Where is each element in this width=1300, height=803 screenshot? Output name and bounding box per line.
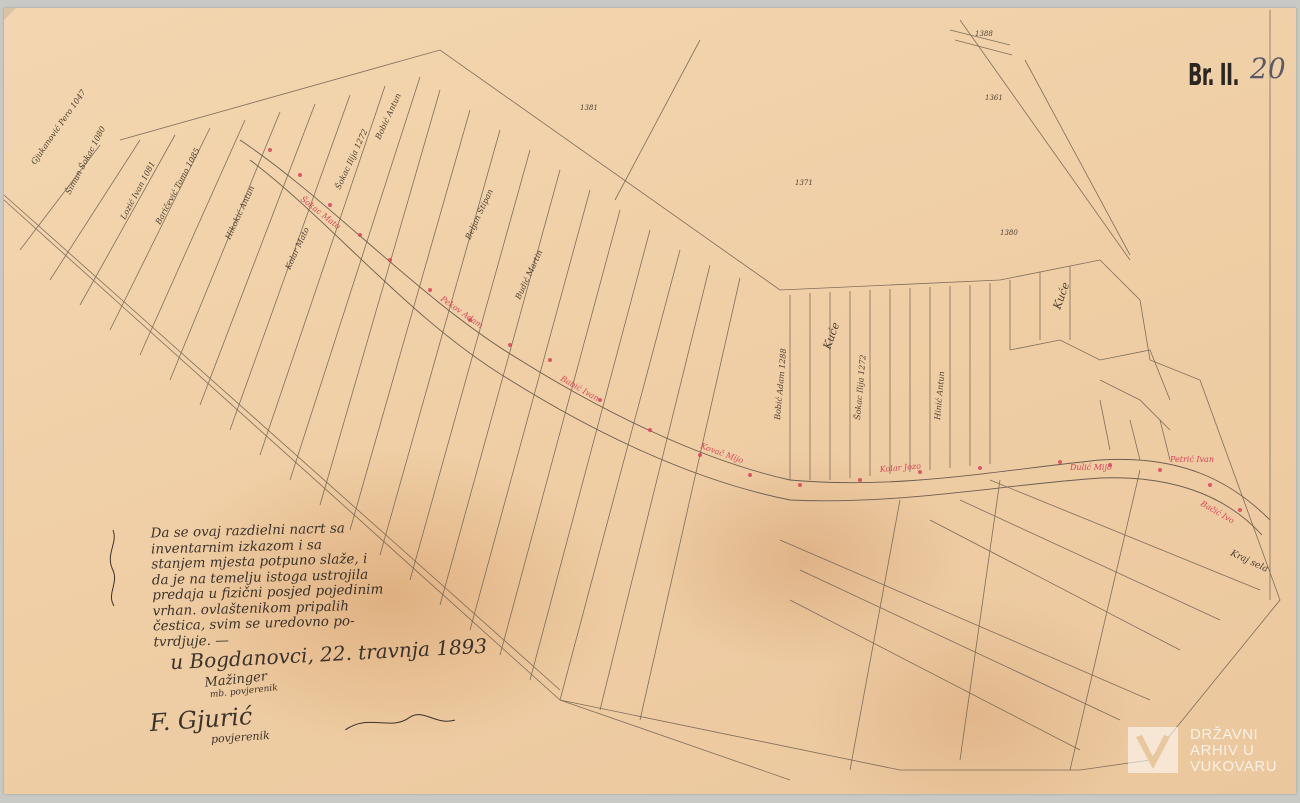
svg-text:Hinić Antun: Hinić Antun — [933, 371, 946, 421]
page-number: 20 — [1250, 52, 1286, 85]
svg-text:Kuće: Kuće — [1050, 280, 1072, 312]
svg-text:Dulić Mijo: Dulić Mijo — [1069, 463, 1112, 472]
svg-text:Kuće: Kuće — [820, 320, 842, 352]
sheet-number: Br. II. — [1188, 58, 1239, 93]
svg-text:Šokac Ilija 1272: Šokac Ilija 1272 — [334, 128, 370, 191]
svg-text:Gjukanović Pero 1047: Gjukanović Pero 1047 — [29, 87, 88, 166]
archive-logo — [1128, 727, 1178, 773]
signature-second: F. Gjurić povjerenik — [149, 701, 270, 750]
map-sheet: Šokac Mato Pekov Adam Babić Ivan Kovač M… — [0, 0, 1300, 803]
margin-scribble-icon — [104, 528, 122, 608]
watermark-line: VUKOVARU — [1190, 759, 1277, 775]
svg-text:Bobić Antun: Bobić Antun — [373, 92, 403, 142]
svg-text:Baričević Tomo 1085: Baričević Tomo 1085 — [153, 146, 201, 226]
svg-text:Babić Ivan: Babić Ivan — [558, 373, 601, 403]
owner-labels: Gjukanović Pero 1047 Šimun Šokac 1080 Lo… — [29, 30, 1269, 575]
cadastral-map-drawing: Šokac Mato Pekov Adam Babić Ivan Kovač M… — [0, 0, 1300, 803]
archive-watermark: DRŽAVNI ARHIV U VUKOVARU — [1190, 727, 1277, 775]
svg-text:Kolar Jozo: Kolar Jozo — [878, 461, 921, 474]
svg-text:1361: 1361 — [985, 94, 1003, 102]
svg-text:1388: 1388 — [975, 30, 993, 38]
certification-note: Da se ovaj razdielni nacrt sa inventarni… — [150, 518, 493, 651]
svg-text:Bačić Ivo: Bačić Ivo — [1198, 498, 1236, 525]
svg-text:Beljan Stipan: Beljan Stipan — [463, 188, 495, 242]
road — [240, 140, 1270, 535]
svg-text:Kraj sela: Kraj sela — [1228, 548, 1270, 574]
red-settlement-markings — [268, 148, 1242, 512]
svg-text:Petrić Ivan: Petrić Ivan — [1169, 455, 1214, 464]
svg-text:Šimun Šokac 1080: Šimun Šokac 1080 — [64, 125, 108, 196]
watermark-line: ARHIV U — [1190, 743, 1277, 759]
watermark-line: DRŽAVNI — [1190, 727, 1277, 743]
svg-text:1380: 1380 — [1000, 229, 1018, 237]
svg-text:Kolar Mato: Kolar Mato — [283, 226, 311, 272]
margin-signature — [104, 528, 125, 608]
svg-text:Lozić Ivan 1081: Lozić Ivan 1081 — [118, 160, 157, 222]
svg-text:1371: 1371 — [795, 179, 813, 187]
svg-text:Bobić Adam 1288: Bobić Adam 1288 — [773, 348, 788, 421]
archive-v-logo-icon — [1128, 727, 1178, 773]
svg-text:1381: 1381 — [580, 104, 598, 112]
svg-text:Šokac Ilija 1272: Šokac Ilija 1272 — [853, 354, 868, 420]
svg-text:Hikokić Antun: Hikokić Antun — [223, 184, 256, 241]
svg-text:Budić Martin: Budić Martin — [513, 249, 544, 302]
svg-text:Kovač Mijo: Kovač Mijo — [698, 441, 744, 465]
svg-text:Šokac Mato: Šokac Mato — [299, 194, 342, 231]
